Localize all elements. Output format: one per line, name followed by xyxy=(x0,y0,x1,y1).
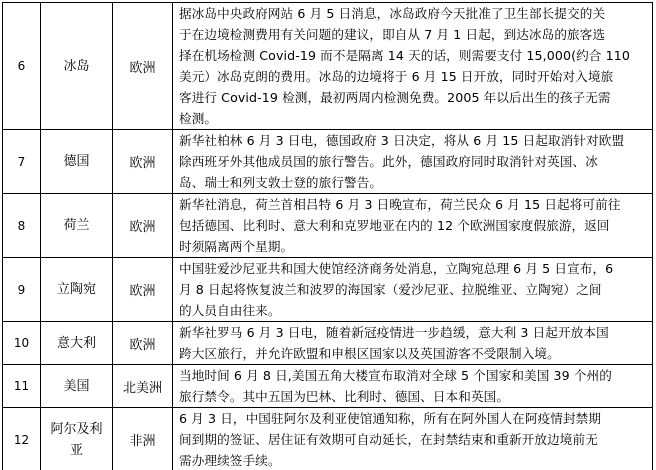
description-cell: 中国驻爱沙尼亚共和国大使馆经济商务处消息，立陶宛总理 6 月 5 日宣布，6 月… xyxy=(173,258,653,322)
table-row: 11 美国 北美洲 当地时间 6 月 8 日,美国五角大楼宣布取消对全球 5 个… xyxy=(3,365,653,408)
row-index: 10 xyxy=(3,322,41,365)
description-line: 旅行禁令。其中五国为巴林、比利时、德国、日本和英国。 xyxy=(179,386,648,407)
description-line: 择在机场检测 Covid-19 而不是隔离 14 天的话，则需要支付 15,00… xyxy=(179,45,648,66)
description-line: 除西班牙外其他成员国的旅行警告。此外，德国政府同时取消针对英国、冰 xyxy=(179,151,648,172)
country-cell: 荷兰 xyxy=(41,194,113,258)
description-cell: 当地时间 6 月 8 日,美国五角大楼宣布取消对全球 5 个国家和美国 39 个… xyxy=(173,365,653,408)
country-cell: 意大利 xyxy=(41,322,113,365)
description-line: 新华社罗马 6 月 3 日电，随着新冠疫情进一步趋缓，意大利 3 日起开放本国 xyxy=(179,322,648,343)
description-line: 包括德国、比利时、意大利和克罗地亚在内的 12 个欧洲国家度假旅游，返回 xyxy=(179,215,648,236)
table-row: 6 冰岛 欧洲 据冰岛中央政府网站 6 月 5 日消息，冰岛政府今天批准了卫生部… xyxy=(3,3,653,130)
table-row: 10 意大利 欧洲 新华社罗马 6 月 3 日电，随着新冠疫情进一步趋缓，意大利… xyxy=(3,322,653,365)
country-cell: 美国 xyxy=(41,365,113,408)
region-cell: 欧洲 xyxy=(113,130,173,194)
description-line: 当地时间 6 月 8 日,美国五角大楼宣布取消对全球 5 个国家和美国 39 个… xyxy=(179,365,648,386)
region-cell: 欧洲 xyxy=(113,194,173,258)
description-line: 6 月 3 日，中国驻阿尔及利亚使馆通知称，所有在阿外国人在阿疫情封禁期 xyxy=(179,408,648,429)
region-cell: 北美洲 xyxy=(113,365,173,408)
description-cell: 据冰岛中央政府网站 6 月 5 日消息，冰岛政府今天批准了卫生部长提交的关 于在… xyxy=(173,3,653,130)
row-index: 9 xyxy=(3,258,41,322)
description-cell: 新华社柏林 6 月 3 日电，德国政府 3 日决定，将从 6 月 15 日起取消… xyxy=(173,130,653,194)
table-row: 7 德国 欧洲 新华社柏林 6 月 3 日电，德国政府 3 日决定，将从 6 月… xyxy=(3,130,653,194)
country-cell: 冰岛 xyxy=(41,3,113,130)
description-cell: 6 月 3 日，中国驻阿尔及利亚使馆通知称，所有在阿外国人在阿疫情封禁期 间到期… xyxy=(173,408,653,470)
table-row: 8 荷兰 欧洲 新华社消息，荷兰首相吕特 6 月 3 日晚宣布，荷兰民众 6 月… xyxy=(3,194,653,258)
description-line: 间到期的签证、居住证有效期可自动延长，在封禁结束和重新开放边境前无 xyxy=(179,429,648,450)
description-line: 跨大区旅行，并允许欧盟和申根区国家以及英国游客不受限制入境。 xyxy=(179,343,648,364)
country-line: 亚 xyxy=(41,440,112,461)
description-line: 中国驻爱沙尼亚共和国大使馆经济商务处消息，立陶宛总理 6 月 5 日宣布，6 xyxy=(179,258,648,279)
region-cell: 欧洲 xyxy=(113,258,173,322)
row-index: 7 xyxy=(3,130,41,194)
region-cell: 欧洲 xyxy=(113,3,173,130)
description-line: 月 8 日起将恢复波兰和波罗的海国家（爱沙尼亚、拉脱维亚、立陶宛）之间 xyxy=(179,279,648,300)
region-cell: 欧洲 xyxy=(113,322,173,365)
description-line: 新华社消息，荷兰首相吕特 6 月 3 日晚宣布，荷兰民众 6 月 15 日起将可… xyxy=(179,194,648,215)
country-cell: 阿尔及利 亚 xyxy=(41,408,113,470)
description-line: 需办理续签手续。 xyxy=(179,450,648,470)
description-line: 美元）冰岛克朗的费用。冰岛的边境将于 6 月 15 日开放，同时开始对入境旅 xyxy=(179,66,648,87)
row-index: 6 xyxy=(3,3,41,130)
description-line: 于在边境检测费用有关问题的建议，即自从 7 月 1 日起，到达冰岛的旅客选 xyxy=(179,24,648,45)
row-index: 11 xyxy=(3,365,41,408)
country-cell: 德国 xyxy=(41,130,113,194)
country-line: 阿尔及利 xyxy=(41,419,112,440)
country-cell: 立陶宛 xyxy=(41,258,113,322)
travel-policy-table: 6 冰岛 欧洲 据冰岛中央政府网站 6 月 5 日消息，冰岛政府今天批准了卫生部… xyxy=(2,2,653,470)
description-line: 据冰岛中央政府网站 6 月 5 日消息，冰岛政府今天批准了卫生部长提交的关 xyxy=(179,3,648,24)
description-line: 检测。 xyxy=(179,108,648,129)
description-cell: 新华社罗马 6 月 3 日电，随着新冠疫情进一步趋缓，意大利 3 日起开放本国 … xyxy=(173,322,653,365)
row-index: 8 xyxy=(3,194,41,258)
description-line: 岛、瑞士和列支敦士登的旅行警告。 xyxy=(179,172,648,193)
description-cell: 新华社消息，荷兰首相吕特 6 月 3 日晚宣布，荷兰民众 6 月 15 日起将可… xyxy=(173,194,653,258)
region-cell: 非洲 xyxy=(113,408,173,470)
table-row: 9 立陶宛 欧洲 中国驻爱沙尼亚共和国大使馆经济商务处消息，立陶宛总理 6 月 … xyxy=(3,258,653,322)
row-index: 12 xyxy=(3,408,41,470)
table-row: 12 阿尔及利 亚 非洲 6 月 3 日，中国驻阿尔及利亚使馆通知称，所有在阿外… xyxy=(3,408,653,470)
description-line: 新华社柏林 6 月 3 日电，德国政府 3 日决定，将从 6 月 15 日起取消… xyxy=(179,130,648,151)
description-line: 的人员自由往来。 xyxy=(179,300,648,321)
description-line: 客进行 Covid-19 检测，最初两周内检测免费。2005 年以后出生的孩子无… xyxy=(179,87,648,108)
description-line: 时须隔离两个星期。 xyxy=(179,236,648,257)
